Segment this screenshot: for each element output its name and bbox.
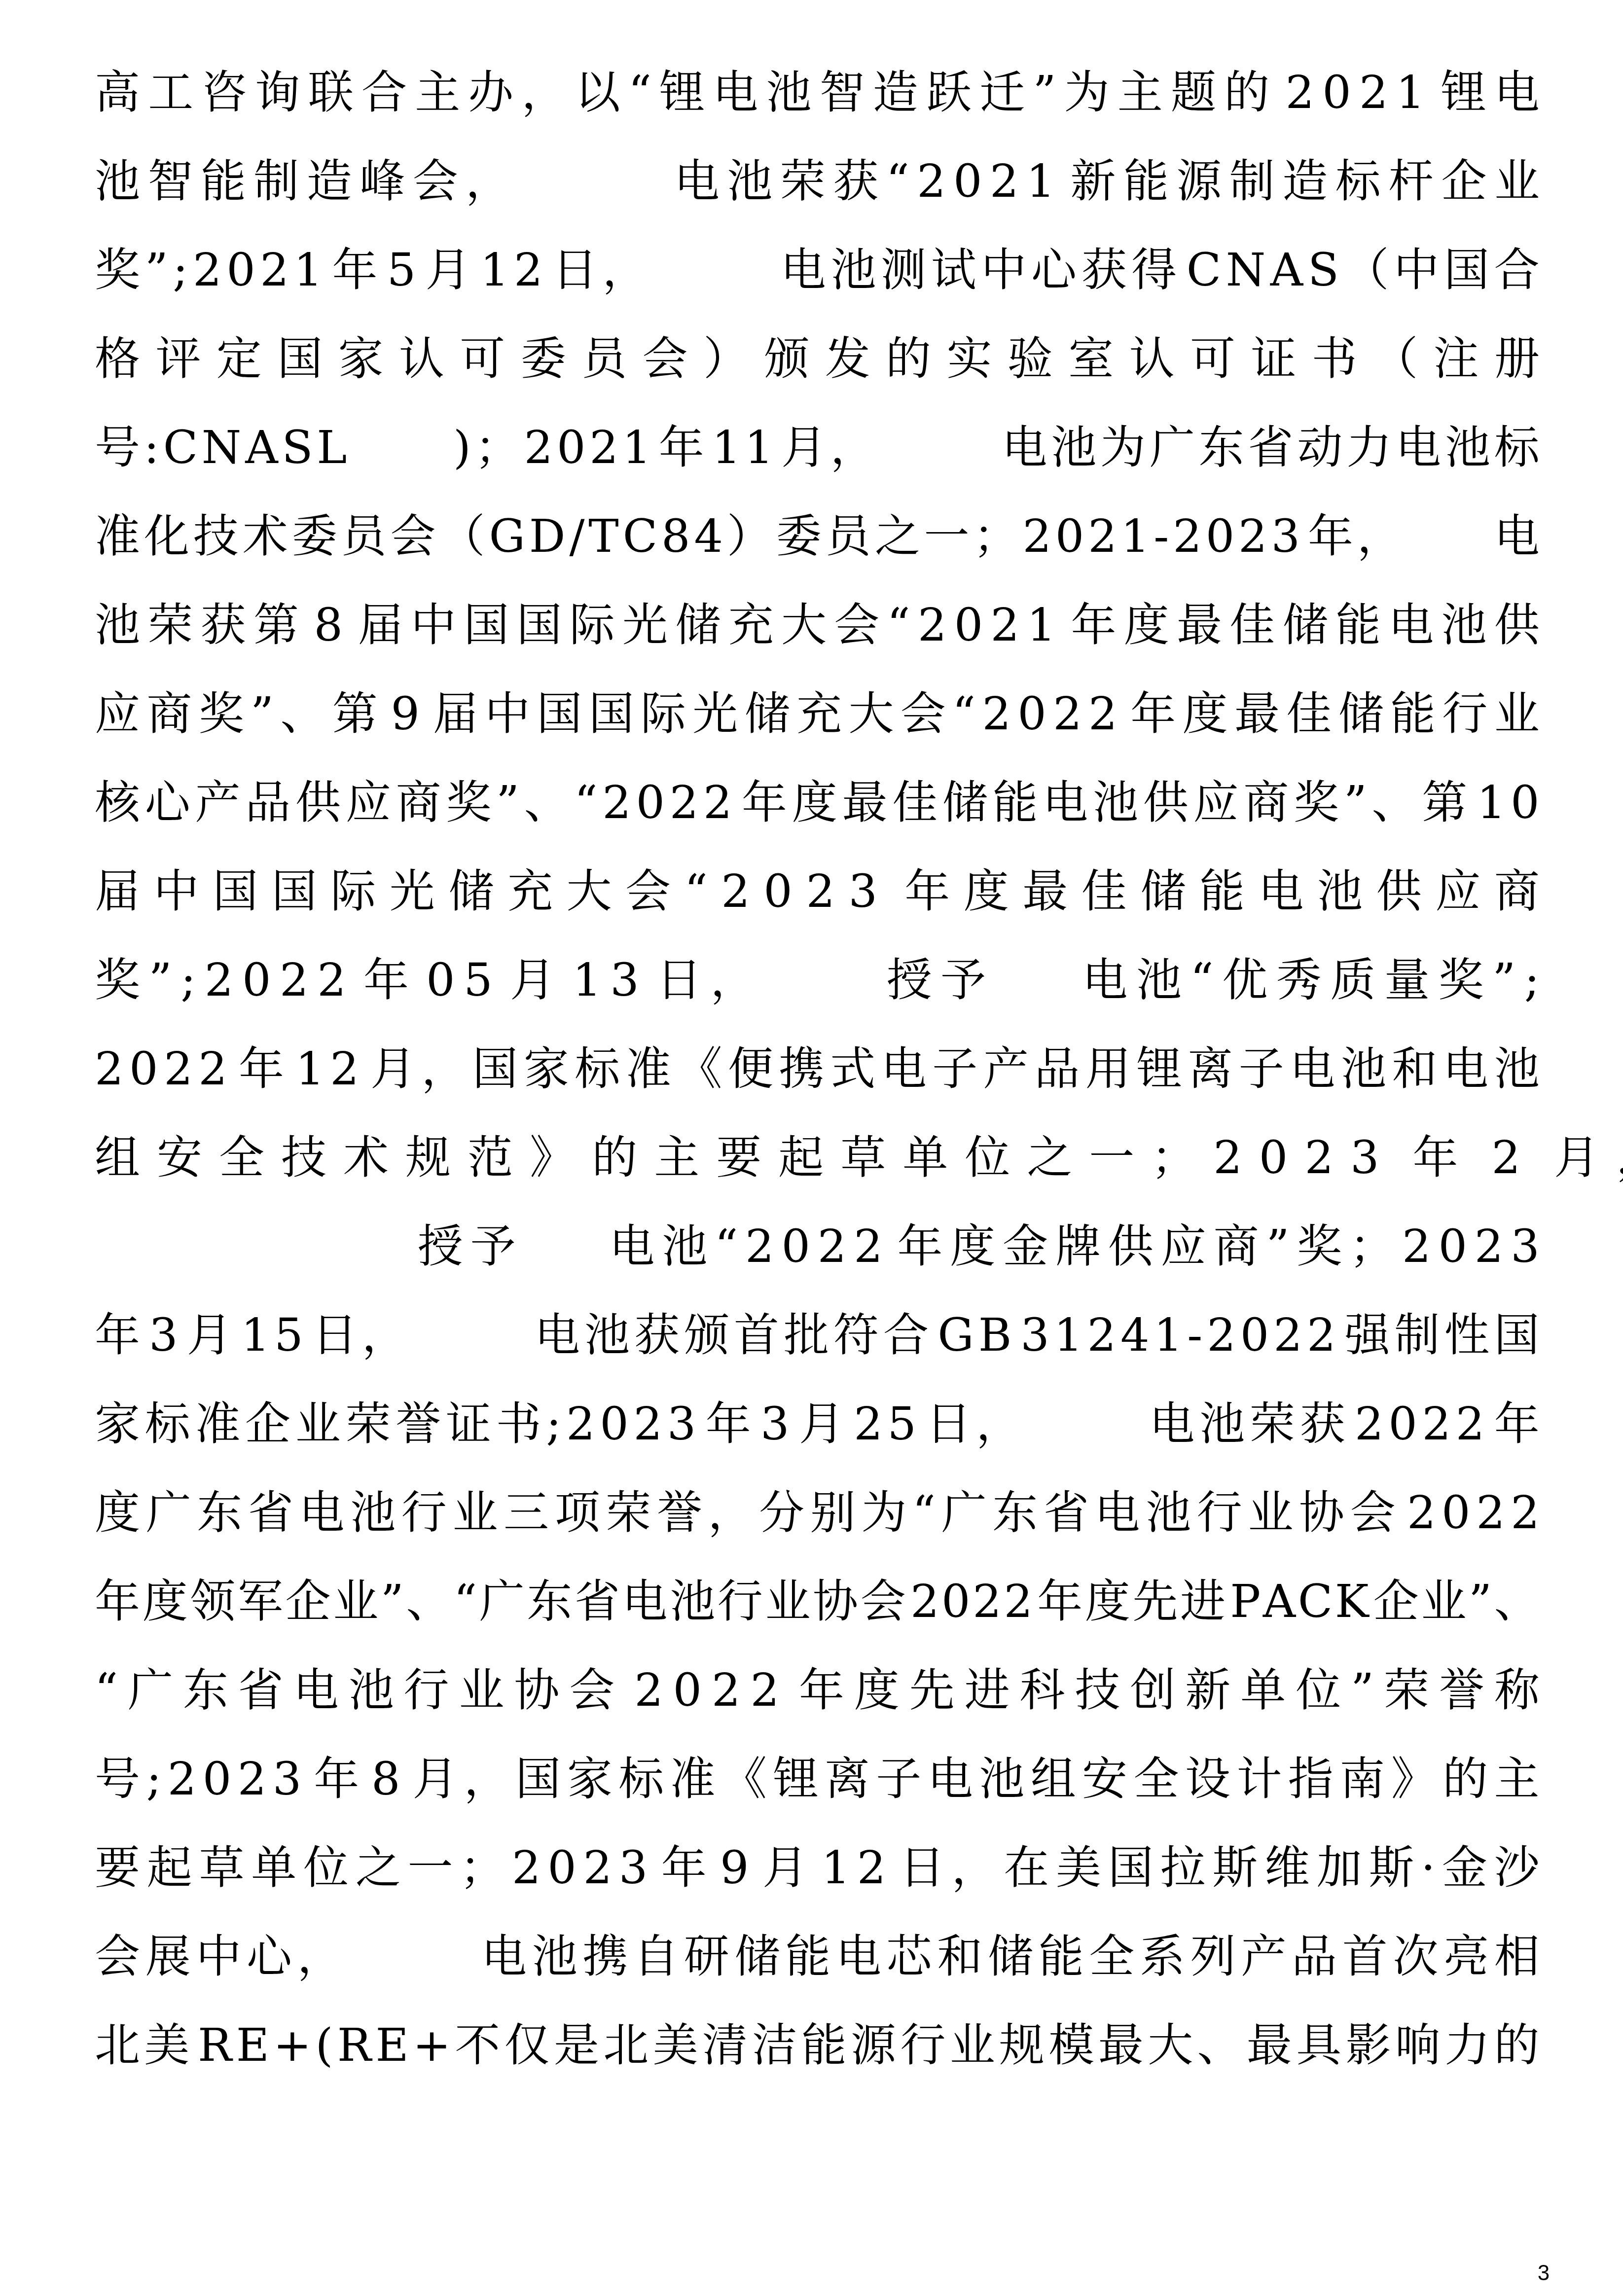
text-glyph: ”: [1033, 48, 1056, 137]
text-glyph: 2: [670, 758, 699, 847]
text-glyph: 5: [464, 936, 493, 1025]
text-glyph: 中: [154, 847, 199, 936]
text-glyph: 委: [776, 492, 822, 581]
text-glyph: 0: [426, 936, 455, 1025]
text-glyph: 年: [1412, 1113, 1458, 1202]
text-glyph: 大: [1148, 2001, 1193, 2090]
text-glyph: 标: [1335, 137, 1381, 226]
text-glyph: 2: [910, 1557, 939, 1646]
text-glyph: 商: [396, 758, 441, 847]
text-glyph: 2: [633, 1380, 662, 1469]
text-glyph: 自: [633, 1912, 679, 2001]
text-glyph: 池: [1442, 581, 1487, 670]
text-glyph: 响: [1395, 2001, 1441, 2090]
text-glyph: 品: [1292, 1912, 1337, 2001]
text-glyph: 2: [973, 1557, 1002, 1646]
text-glyph: 技: [281, 1113, 326, 1202]
text-glyph: “: [454, 1557, 477, 1646]
text-glyph: 能: [993, 758, 1038, 847]
text-line: 授予电池“2022 年度金牌供应商”奖；2023: [95, 1202, 1540, 1291]
text-glyph: 制: [1229, 137, 1275, 226]
text-glyph: 会: [95, 1912, 140, 2001]
text-glyph: 安: [157, 1113, 202, 1202]
text-glyph: A: [245, 403, 278, 492]
text-glyph: 3: [619, 1824, 648, 1912]
text-glyph: G: [938, 1291, 974, 1380]
text-glyph: ”: [496, 758, 519, 847]
text-glyph: 能: [801, 2001, 847, 2090]
text-glyph: 月: [781, 403, 827, 492]
text-glyph: 5: [888, 1380, 917, 1469]
text-glyph: 东: [1199, 403, 1244, 492]
text-glyph: 业: [459, 1646, 504, 1735]
text-glyph: 2: [164, 1025, 193, 1113]
text-glyph: 家: [567, 1735, 613, 1824]
text-glyph: 主: [1118, 48, 1163, 137]
text-glyph: 2: [990, 137, 1019, 226]
text-glyph: 际: [570, 581, 615, 670]
text-glyph: 2: [1402, 1202, 1431, 1291]
text-glyph: ；: [460, 1824, 505, 1912]
text-glyph: 国: [537, 670, 582, 758]
text-glyph: 1: [712, 403, 741, 492]
text-glyph: 年: [659, 403, 704, 492]
text-glyph: 国: [1494, 1291, 1540, 1380]
text-glyph: 北: [603, 2001, 649, 2090]
text-glyph: 获: [1082, 226, 1127, 315]
text-glyph: 0: [954, 581, 983, 670]
text-glyph: 优: [1222, 936, 1267, 1025]
text-glyph: 2: [751, 1646, 780, 1735]
text-glyph: 2: [991, 581, 1020, 670]
text-glyph: 力: [1346, 403, 1392, 492]
text-glyph: 年: [897, 1202, 942, 1291]
text-glyph: 0: [1442, 1469, 1471, 1557]
text-glyph: :: [144, 403, 159, 492]
text-glyph: 安: [1082, 1735, 1127, 1824]
text-glyph: 0: [547, 1824, 577, 1912]
text-glyph: 佳: [1229, 581, 1275, 670]
text-glyph: 2: [205, 936, 234, 1025]
text-glyph: 强: [1345, 1291, 1390, 1380]
text-glyph: ”: [1266, 1202, 1289, 1291]
text-line: 号;2023 年 8 月，国家标准《锂离子电池组安全设计指南》的主: [95, 1735, 1540, 1824]
text-glyph: ，: [362, 1291, 407, 1380]
text-glyph: 规: [999, 2001, 1045, 2090]
text-glyph: 电: [781, 226, 826, 315]
text-glyph: 4: [1120, 1291, 1150, 1380]
text-glyph: 家: [524, 1025, 569, 1113]
text-glyph: T: [588, 492, 618, 581]
text-glyph: 日: [552, 226, 598, 315]
text-glyph: “: [1190, 936, 1214, 1025]
text-glyph: 省: [238, 1646, 284, 1735]
text-glyph: 2: [95, 1025, 124, 1113]
text-glyph: 为: [1100, 403, 1146, 492]
text-glyph: (: [316, 2001, 333, 2090]
text-glyph: 评: [155, 315, 201, 403]
text-glyph: 应: [1193, 758, 1239, 847]
text-glyph: -: [1187, 1291, 1202, 1380]
text-glyph: 9: [720, 1824, 749, 1912]
text-glyph: 2: [745, 1202, 774, 1291]
text-glyph: 大: [567, 847, 612, 936]
text-glyph: 准: [95, 492, 140, 581]
text-glyph: 、: [1372, 758, 1417, 847]
text-glyph: 2: [1207, 1291, 1236, 1380]
text-glyph: 亮: [1443, 1912, 1489, 2001]
text-glyph: 家: [338, 315, 384, 403]
text-glyph: 度: [950, 1202, 995, 1291]
text-glyph: 充: [728, 581, 774, 670]
text-glyph: 国: [272, 847, 317, 936]
text-glyph: 电: [481, 1912, 527, 2001]
text-glyph: 4: [694, 492, 723, 581]
text-glyph: 国: [516, 581, 562, 670]
text-glyph: 离: [825, 1735, 870, 1824]
text-line: 组安全技术规范》的主要起草单位之一；2023 年 2 月，成都: [95, 1113, 1540, 1202]
text-glyph: 东: [183, 1646, 228, 1735]
text-glyph: 锂: [773, 1735, 818, 1824]
text-glyph: 质: [1330, 936, 1375, 1025]
text-glyph: 0: [1206, 492, 1235, 581]
text-glyph: 0: [242, 936, 271, 1025]
text-glyph: 能: [1390, 670, 1436, 758]
text-glyph: 的: [886, 315, 931, 403]
text-glyph: 题: [1171, 48, 1216, 137]
text-glyph: 产: [1241, 1912, 1286, 2001]
text-glyph: 指: [1288, 1735, 1334, 1824]
text-glyph: 项: [555, 1469, 600, 1557]
text-glyph: S: [282, 403, 313, 492]
text-glyph: 的: [1224, 48, 1269, 137]
text-glyph: 企: [1442, 137, 1487, 226]
text-glyph: 金: [1442, 1824, 1487, 1912]
text-glyph: 业: [333, 1557, 378, 1646]
text-glyph: N: [202, 403, 242, 492]
text-glyph: 1: [573, 936, 602, 1025]
text-glyph: 0: [1017, 670, 1046, 758]
text-glyph: 范: [468, 1113, 513, 1202]
text-glyph: 《: [721, 1735, 767, 1824]
text-glyph: 会: [625, 847, 671, 936]
text-glyph: 电: [1259, 847, 1304, 936]
text-glyph: /: [569, 492, 584, 581]
text-glyph: ;: [146, 1735, 161, 1824]
text-glyph: 业: [1494, 670, 1540, 758]
text-line: 年 3 月 15 日，电池获颁首批符合 GB 31241-2022 强制性国: [95, 1291, 1540, 1380]
text-glyph: N: [1226, 226, 1266, 315]
text-glyph: 峰: [360, 137, 405, 226]
text-glyph: 2: [1491, 1113, 1520, 1202]
text-glyph: 展: [145, 1912, 191, 2001]
text-glyph: A: [1270, 226, 1303, 315]
text-glyph: 储: [675, 581, 721, 670]
text-glyph: 心: [247, 1912, 292, 2001]
text-glyph: 2: [1053, 670, 1082, 758]
text-glyph: 拉: [1160, 1824, 1205, 1912]
text-glyph: 电: [609, 1202, 654, 1291]
text-glyph: 届: [358, 581, 403, 670]
text-glyph: 单: [902, 1113, 948, 1202]
text-glyph: 2: [703, 758, 732, 847]
text-glyph: 9: [391, 670, 420, 758]
text-glyph: 会: [1350, 1469, 1396, 1557]
text-glyph: 国: [1444, 226, 1489, 315]
text-glyph: 0: [1388, 1380, 1417, 1469]
text-glyph: 电: [881, 1025, 927, 1113]
text-glyph: 国: [213, 847, 258, 936]
text-glyph: 心: [1031, 226, 1077, 315]
text-glyph: 2: [1476, 1469, 1505, 1557]
text-glyph: ，: [830, 403, 876, 492]
text-glyph: 池: [670, 1557, 715, 1646]
text-glyph: “: [952, 670, 975, 758]
text-glyph: 0: [1511, 758, 1540, 847]
text-glyph: 0: [1240, 1291, 1269, 1380]
text-glyph: 商: [146, 670, 192, 758]
text-glyph: 池: [979, 1735, 1024, 1824]
text-glyph: 池: [532, 1912, 577, 2001]
text-glyph: 能: [785, 1912, 830, 2001]
text-glyph: 0: [673, 1646, 702, 1735]
text-glyph: 省: [248, 1469, 293, 1557]
text-glyph: 2: [634, 1646, 663, 1735]
text-glyph: S: [1308, 226, 1339, 315]
text-glyph: 1: [294, 226, 323, 315]
text-glyph: 》: [530, 1113, 575, 1202]
text-glyph: 2: [602, 758, 631, 847]
text-glyph: ，: [976, 1380, 1021, 1469]
text-glyph: 年: [239, 1025, 284, 1113]
text-glyph: 第: [332, 670, 378, 758]
text-glyph: 以: [575, 48, 620, 137]
text-glyph: 可: [1190, 315, 1235, 403]
text-glyph: 起: [778, 1113, 824, 1202]
text-glyph: 清: [702, 2001, 748, 2090]
text-glyph: ，: [464, 1735, 509, 1824]
text-glyph: ”: [381, 1557, 404, 1646]
text-glyph: 池: [584, 1291, 630, 1380]
text-glyph: 东: [992, 1469, 1038, 1557]
text-glyph: 、: [406, 1557, 451, 1646]
text-glyph: 斯: [1369, 1824, 1414, 1912]
text-glyph: 誉: [396, 1380, 441, 1469]
text-glyph: 术: [343, 1113, 389, 1202]
text-glyph: 奖: [1439, 936, 1484, 1025]
text-glyph: 电: [836, 1912, 881, 2001]
text-glyph: 0: [1322, 48, 1351, 137]
text-glyph: 跃: [926, 48, 972, 137]
text-glyph: 军: [238, 1557, 283, 1646]
text-glyph: 批: [784, 1291, 829, 1380]
text-glyph: 年: [1494, 1380, 1540, 1469]
text-glyph: 池: [350, 1469, 396, 1557]
text-glyph: 2: [1456, 1380, 1485, 1469]
text-glyph: 1: [1477, 758, 1506, 847]
text-glyph: 储: [1140, 847, 1186, 936]
text-glyph: 员: [826, 492, 871, 581]
text-glyph: 发: [825, 315, 870, 403]
text-glyph: 企: [245, 1380, 290, 1469]
text-glyph: 商: [1214, 1202, 1259, 1291]
text-line: 年度领军企业”、“广东省电池行业协会 2022 年度先进 PACK 企业”、: [95, 1557, 1540, 1646]
text-glyph: 2: [566, 1380, 595, 1469]
text-glyph: 制: [1395, 1291, 1440, 1380]
text-glyph: 供: [1143, 758, 1189, 847]
text-glyph: 国: [589, 670, 634, 758]
text-glyph: 的: [1494, 2001, 1540, 2090]
text-glyph: 一: [407, 1824, 453, 1912]
text-glyph: ”: [149, 936, 172, 1025]
text-glyph: 储: [745, 670, 790, 758]
text-glyph: 池: [1317, 847, 1363, 936]
text-glyph: 年: [799, 1646, 844, 1735]
text-glyph: 奖: [95, 936, 140, 1025]
text-glyph: 第: [1422, 758, 1467, 847]
text-glyph: 金: [1003, 1202, 1048, 1291]
text-glyph: 储: [1338, 670, 1384, 758]
text-glyph: 中: [981, 226, 1026, 315]
text-glyph: 2: [1238, 492, 1267, 581]
text-glyph: 创: [1130, 1646, 1175, 1735]
text-glyph: 池: [1445, 403, 1490, 492]
text-glyph: 电: [1002, 403, 1047, 492]
text-glyph: 锂: [1441, 48, 1486, 137]
text-glyph: 电: [674, 137, 720, 226]
text-glyph: 年: [314, 1735, 359, 1824]
text-glyph: 能: [1199, 847, 1245, 936]
text-glyph: ”: [1344, 758, 1367, 847]
text-glyph: 度: [854, 1646, 900, 1735]
text-glyph: 2: [198, 1025, 227, 1113]
text-glyph: 0: [1259, 1113, 1288, 1202]
text-glyph: 电: [535, 1291, 580, 1380]
text-glyph: ”: [251, 670, 274, 758]
text-glyph: 业: [295, 1380, 341, 1469]
text-glyph: 1: [1396, 48, 1425, 137]
text-glyph: 锂: [659, 48, 705, 137]
text-glyph: 年: [742, 758, 787, 847]
text-glyph: 3: [1271, 492, 1300, 581]
text-glyph: 草: [840, 1113, 886, 1202]
text-glyph: 池: [1051, 403, 1096, 492]
text-glyph: C: [1187, 226, 1221, 315]
text-glyph: 2: [806, 847, 835, 936]
text-glyph: ，: [1616, 1113, 1623, 1202]
text-glyph: 佳: [1082, 847, 1127, 936]
text-glyph: 为: [861, 1469, 906, 1557]
text-glyph: 研: [684, 1912, 729, 2001]
text-glyph: 2: [1087, 1291, 1116, 1380]
text-glyph: 3: [1511, 1202, 1540, 1291]
text-glyph: 1: [1027, 581, 1056, 670]
text-glyph: 2: [1359, 48, 1388, 137]
text-glyph: 协: [813, 1557, 858, 1646]
text-line: 号:CNASL)；2021 年 11 月，电池为广东省动力电池标: [95, 403, 1540, 492]
text-glyph: 1: [622, 403, 651, 492]
text-glyph: 月: [370, 1025, 416, 1113]
text-glyph: “: [95, 1646, 118, 1735]
text-glyph: 池: [1199, 1380, 1245, 1469]
text-glyph: 商: [1243, 758, 1289, 847]
text-glyph: 光: [622, 581, 668, 670]
text-glyph: 荣: [1250, 1380, 1295, 1469]
text-glyph: 1: [745, 403, 774, 492]
text-glyph: 中: [411, 581, 456, 670]
text-glyph: 首: [1342, 1912, 1388, 2001]
text-glyph: 位: [965, 1113, 1010, 1202]
text-glyph: 度: [95, 1469, 140, 1557]
text-glyph: ；: [475, 403, 520, 492]
text-line: 池荣获第 8 届中国国际光储充大会“2021 年度最佳储能电池供: [95, 581, 1540, 670]
text-glyph: C: [1298, 1557, 1333, 1646]
text-glyph: 最: [1022, 847, 1068, 936]
text-glyph: 0: [953, 137, 982, 226]
text-glyph: 产: [983, 1025, 1029, 1113]
text-glyph: 电: [1150, 1380, 1195, 1469]
text-glyph: 源: [851, 2001, 896, 2090]
text-glyph: 准: [670, 1735, 716, 1824]
text-glyph: 2: [330, 1025, 359, 1113]
text-glyph: “: [886, 137, 909, 226]
text-glyph: 电: [293, 1646, 339, 1735]
text-glyph: 业: [950, 2001, 995, 2090]
text-glyph: 品: [1034, 1025, 1080, 1113]
text-glyph: 池: [1136, 936, 1182, 1025]
text-glyph: 量: [1384, 936, 1430, 1025]
text-glyph: 8: [661, 492, 690, 581]
text-line: 度广东省电池行业三项荣誉，分别为“广东省电池行业协会 2022: [95, 1469, 1540, 1557]
text-glyph: 三: [504, 1469, 549, 1557]
text-glyph: 分: [759, 1469, 804, 1557]
text-glyph: 月: [426, 226, 471, 315]
text-glyph: 年: [706, 1380, 751, 1469]
text-glyph: 准: [626, 1025, 671, 1113]
text-glyph: 2: [583, 1824, 612, 1912]
text-glyph: “: [715, 1202, 738, 1291]
text-glyph: ;: [546, 1380, 561, 1469]
text-glyph: ，: [466, 137, 511, 226]
text-glyph: 术: [243, 492, 288, 581]
text-glyph: 2: [712, 1646, 741, 1735]
text-glyph: 中: [196, 1912, 241, 2001]
text-glyph: 会: [391, 492, 436, 581]
text-glyph: 2: [857, 1824, 886, 1912]
text-glyph: 年: [332, 226, 377, 315]
text-glyph: 2: [1475, 1202, 1504, 1291]
text-glyph: 获: [833, 137, 878, 226]
text-glyph: 可: [460, 315, 505, 403]
text-glyph: ；: [1151, 1113, 1196, 1202]
text-glyph: 全: [1089, 1912, 1134, 2001]
text-glyph: 池: [95, 137, 140, 226]
text-glyph: 性: [1444, 1291, 1490, 1380]
text-glyph: 和: [937, 1912, 982, 2001]
text-glyph: 员: [581, 315, 627, 403]
text-glyph: 电: [299, 1469, 345, 1557]
text-glyph: 0: [1055, 492, 1084, 581]
text-glyph: 行: [718, 1557, 763, 1646]
text-glyph: 造: [873, 48, 918, 137]
text-glyph: 首: [734, 1291, 779, 1380]
text-glyph: 格: [95, 315, 140, 403]
text-glyph: ·: [1421, 1824, 1435, 1912]
text-glyph: “: [912, 1469, 936, 1557]
text-glyph: 规: [405, 1113, 451, 1202]
text-glyph: 誉: [657, 1469, 702, 1557]
text-glyph: ;: [173, 226, 188, 315]
